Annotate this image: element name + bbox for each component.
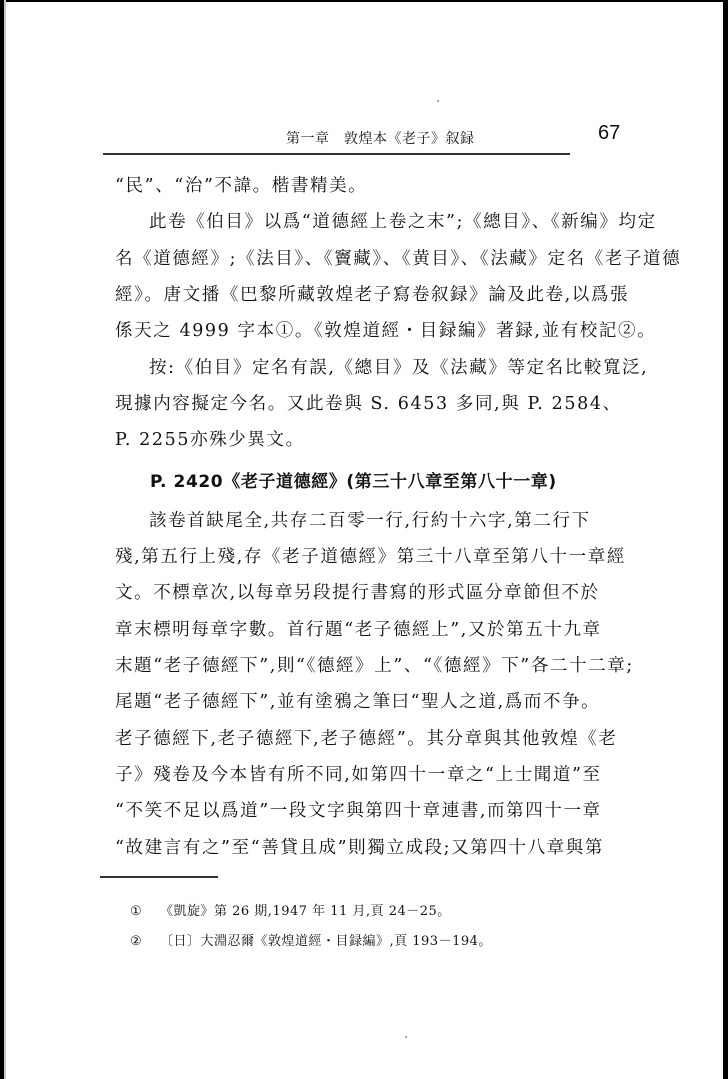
text-line: 子》殘卷及今本皆有所不同,如第四十一章之“上士聞道”至 [115,764,602,786]
footnote-1: ①《凱旋》第 26 期,1947 年 11 月,頁 24－25。 [130,900,451,919]
text-line: 該卷首缺尾全,共存二百零一行,行約十六字,第二行下 [149,510,591,532]
text-line: 按:《伯目》定名有誤,《總目》及《法藏》等定名比較寬泛, [149,357,648,379]
text-line: 係天之 4999 字本①。《敦煌道經・目録編》著録,並有校記②。 [115,320,656,342]
scan-speck [437,100,439,102]
scan-border-top [0,0,728,2]
footnote-mark: ② [130,934,160,949]
scan-speck [405,1036,407,1038]
text-line: 此卷《伯目》以爲“道德經上卷之末”;《總目》、《新编》均定 [149,211,657,233]
footnote-text: 〔日〕大淵忍爾《敦煌道經・目録編》,頁 193－194。 [160,934,492,949]
text-line: 末題“老子德經下”,則“《德經》上”、“《德經》下”各二十二章; [115,655,634,677]
text-line: 尾題“老子德經下”,並有塗鴉之筆曰“聖人之道,爲而不争。 [115,691,600,713]
text-line: 老子德經下,老子德經下,老子德經”。其分章與其他敦煌《老 [115,728,617,750]
text-line: 章末標明每章字數。首行題“老子德經上”,又於第五十九章 [115,619,602,641]
text-line: “故建言有之”至“善貸且成”則獨立成段;又第四十八章與第 [115,837,604,859]
page-number: 67 [598,122,620,145]
footnote-text: 《凱旋》第 26 期,1947 年 11 月,頁 24－25。 [160,904,451,919]
footnote-rule [100,876,218,878]
text-line: 殘,第五行上殘,存《老子道德經》第三十八章至第八十一章經 [115,546,626,568]
text-line: P. 2255亦殊少異文。 [115,429,305,451]
text-line: “不笑不足以爲道”一段文字與第四十章連書,而第四十一章 [115,800,602,822]
text-line: 文。不標章次,以每章另段提行書寫的形式區分章節但不於 [115,582,600,604]
footnote-2: ②〔日〕大淵忍爾《敦煌道經・目録編》,頁 193－194。 [130,930,492,949]
running-head-title: 第一章 敦煌本《老子》叙録 [286,128,475,148]
text-line: 現據内容擬定今名。又此卷與 S. 6453 多同,與 P. 2584、 [115,393,622,415]
footnote-mark: ① [130,904,160,919]
text-line: “民”、“治”不諱。楷書精美。 [115,175,367,197]
scan-border-right [723,0,728,1079]
header-rule [103,153,570,155]
section-heading: P. 2420《老子道德經》(第三十八章至第八十一章) [150,467,557,492]
scan-border-left-shadow [4,0,6,1079]
text-line: 經》。唐文播《巴黎所藏敦煌老子寫卷叙録》論及此卷,以爲張 [115,284,629,306]
text-line: 名《道德經》;《法目》、《竇藏》、《黄目》、《法藏》定名《老子道德 [115,248,681,270]
running-head: 第一章 敦煌本《老子》叙録 67 [118,122,678,150]
